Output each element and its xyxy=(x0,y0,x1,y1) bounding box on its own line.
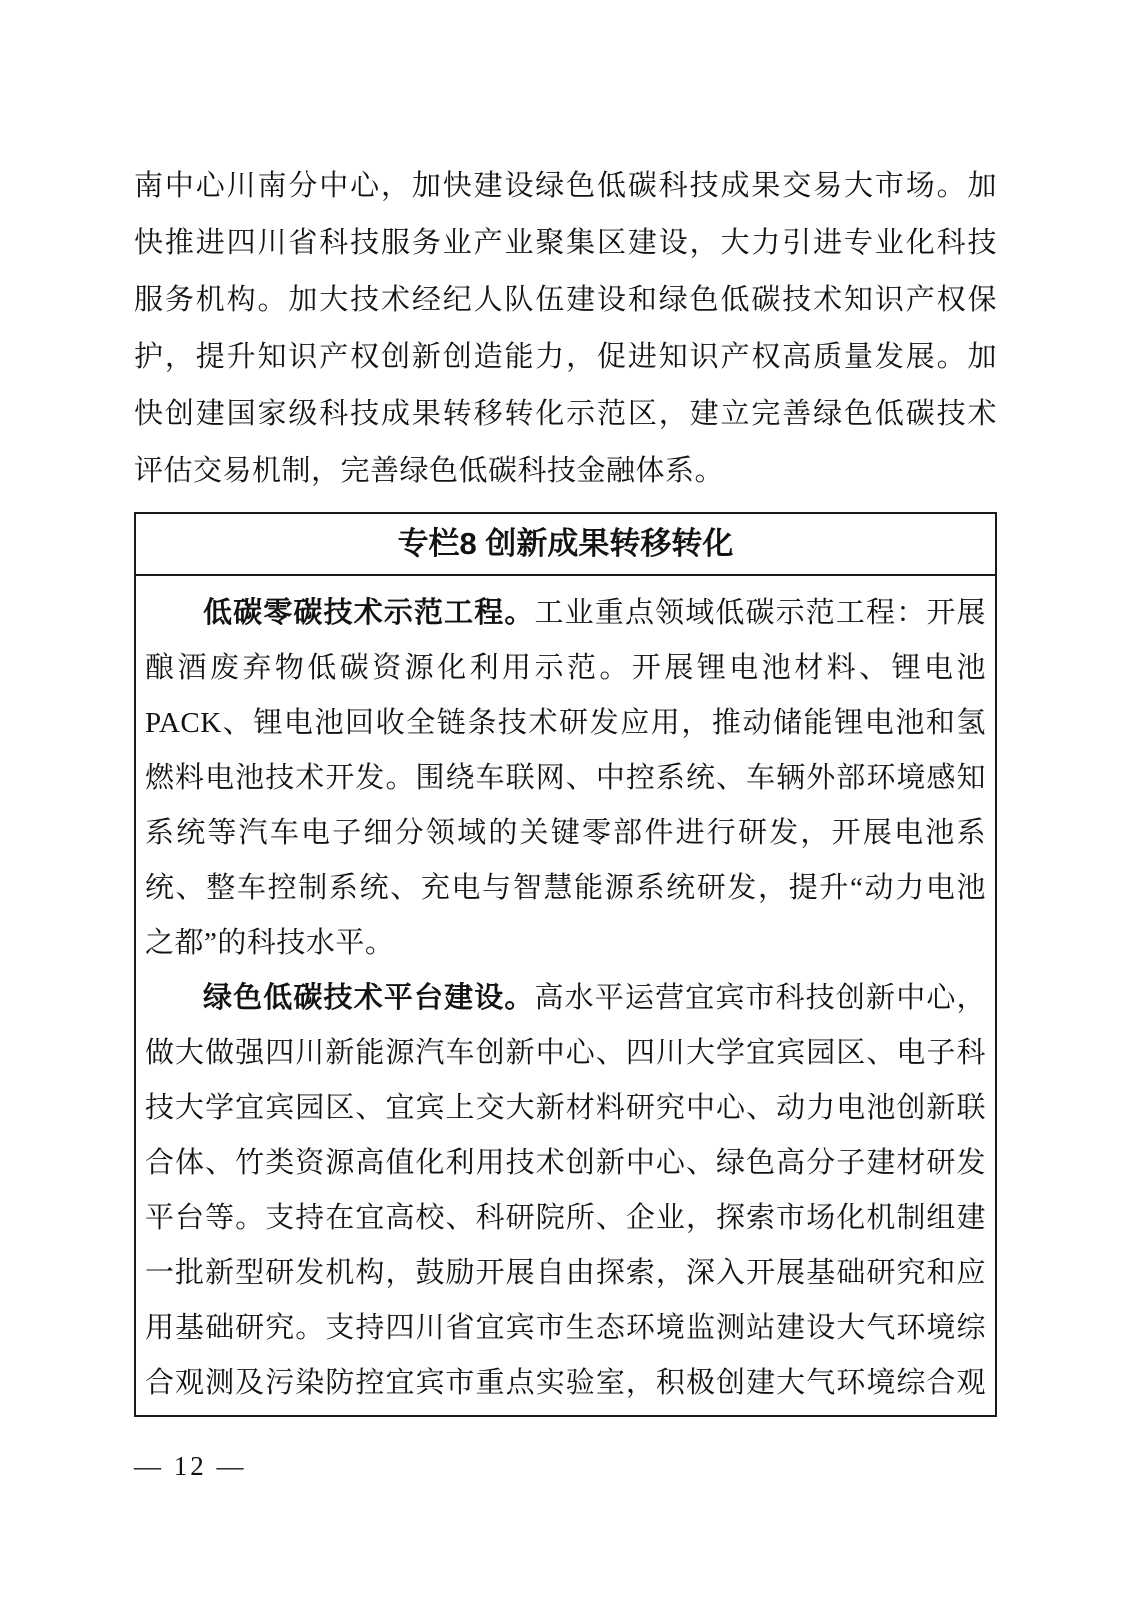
box-line: 一批新型研发机构，鼓励开展自由探索，深入开展基础研究和应 xyxy=(145,1246,986,1301)
box-line: 低碳零碳技术示范工程。工业重点领域低碳示范工程：开展 xyxy=(145,586,986,641)
box-line: 酿酒废弃物低碳资源化利用示范。开展锂电池材料、锂电池 xyxy=(145,641,986,696)
box-line: 合体、竹类资源高值化利用技术创新中心、绿色高分子建材研发 xyxy=(145,1136,986,1191)
box-line: 系统等汽车电子细分领域的关键零部件进行研发，开展电池系 xyxy=(145,806,986,861)
paragraph-lead-rest: 工业重点领域低碳示范工程：开展 xyxy=(535,597,986,629)
box-line: 技大学宜宾园区、宜宾上交大新材料研究中心、动力电池创新联 xyxy=(145,1081,986,1136)
box-paragraph-2: 绿色低碳技术平台建设。高水平运营宜宾市科技创新中心， 做大做强四川新能源汽车创新… xyxy=(145,971,986,1411)
body-paragraph: 南中心川南分中心，加快建设绿色低碳科技成果交易大市场。加 快推进四川省科技服务业… xyxy=(134,158,997,500)
body-line: 南中心川南分中心，加快建设绿色低碳科技成果交易大市场。加 xyxy=(134,158,997,215)
paragraph-lead-rest: 高水平运营宜宾市科技创新中心， xyxy=(535,982,986,1014)
box-content: 低碳零碳技术示范工程。工业重点领域低碳示范工程：开展 酿酒废弃物低碳资源化利用示… xyxy=(136,576,995,1415)
paragraph-lead: 绿色低碳技术平台建设。 xyxy=(203,982,535,1014)
body-line: 快推进四川省科技服务业产业聚集区建设，大力引进专业化科技 xyxy=(134,215,997,272)
box-line: 之都”的科技水平。 xyxy=(145,916,986,971)
paragraph-lead: 低碳零碳技术示范工程。 xyxy=(203,597,535,629)
box-line: 平台等。支持在宜高校、科研院所、企业，探索市场化机制组建 xyxy=(145,1191,986,1246)
box-line: 燃料电池技术开发。围绕车联网、中控系统、车辆外部环境感知 xyxy=(145,751,986,806)
box-line: 合观测及污染防控宜宾市重点实验室，积极创建大气环境综合观 xyxy=(145,1356,986,1411)
feature-box: 专栏8 创新成果转移转化 低碳零碳技术示范工程。工业重点领域低碳示范工程：开展 … xyxy=(134,512,997,1417)
box-paragraph-1: 低碳零碳技术示范工程。工业重点领域低碳示范工程：开展 酿酒废弃物低碳资源化利用示… xyxy=(145,586,986,971)
box-title: 专栏8 创新成果转移转化 xyxy=(136,514,995,576)
body-line: 服务机构。加大技术经纪人队伍建设和绿色低碳技术知识产权保 xyxy=(134,272,997,329)
box-line: 做大做强四川新能源汽车创新中心、四川大学宜宾园区、电子科 xyxy=(145,1026,986,1081)
box-line: 统、整车控制系统、充电与智慧能源系统研发，提升“动力电池 xyxy=(145,861,986,916)
document-page: 南中心川南分中心，加快建设绿色低碳科技成果交易大市场。加 快推进四川省科技服务业… xyxy=(0,0,1131,1600)
body-line: 评估交易机制，完善绿色低碳科技金融体系。 xyxy=(134,443,997,500)
body-line: 快创建国家级科技成果转移转化示范区，建立完善绿色低碳技术 xyxy=(134,386,997,443)
box-line: 绿色低碳技术平台建设。高水平运营宜宾市科技创新中心， xyxy=(145,971,986,1026)
box-line: PACK、锂电池回收全链条技术研发应用，推动储能锂电池和氢 xyxy=(145,696,986,751)
page-number: — 12 — xyxy=(134,1451,997,1482)
body-line: 护，提升知识产权创新创造能力，促进知识产权高质量发展。加 xyxy=(134,329,997,386)
box-line: 用基础研究。支持四川省宜宾市生态环境监测站建设大气环境综 xyxy=(145,1301,986,1356)
